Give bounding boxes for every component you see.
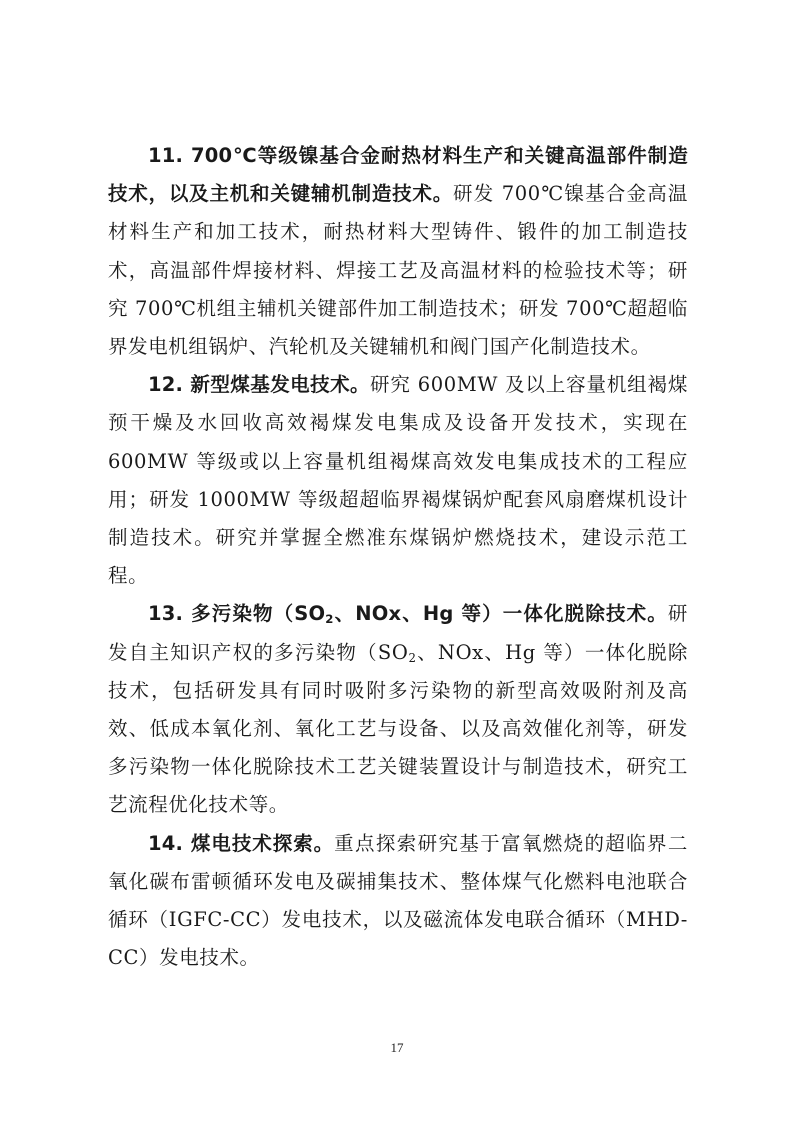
page-number: 17 <box>0 1040 794 1056</box>
section-12-heading: 12. 新型煤基发电技术。 <box>148 373 370 396</box>
heading-text: 13. 多污染物（SO <box>148 602 325 625</box>
body-text: 、NOx、Hg 等）一体化脱除技术，包括研发具有同时吸附多污染物的新型高效吸附剂… <box>108 641 688 817</box>
section-14-heading: 14. 煤电技术探索。 <box>148 832 334 855</box>
section-12: 12. 新型煤基发电技术。研究 600MW 及以上容量机组褐煤预干燥及水回收高效… <box>108 366 688 595</box>
heading-text: 、NOx、Hg 等）一体化脱除技术。 <box>334 602 668 625</box>
section-12-body: 研究 600MW 及以上容量机组褐煤预干燥及水回收高效褐煤发电集成及设备开发技术… <box>108 373 688 587</box>
section-13-body: 研发自主知识产权的多污染物（SO2、NOx、Hg 等）一体化脱除技术，包括研发具… <box>108 602 688 816</box>
section-13: 13. 多污染物（SO2、NOx、Hg 等）一体化脱除技术。研发自主知识产权的多… <box>108 595 688 824</box>
section-11: 11. 700℃等级镍基合金耐热材料生产和关键高温部件制造技术，以及主机和关键辅… <box>108 137 688 366</box>
section-14: 14. 煤电技术探索。重点探索研究基于富氧燃烧的超临界二氧化碳布雷顿循环发电及碳… <box>108 825 688 978</box>
subscript: 2 <box>325 612 333 626</box>
section-11-body: 研发 700℃镍基合金高温材料生产和加工技术，耐热材料大型铸件、锻件的加工制造技… <box>108 182 688 358</box>
document-page: 11. 700℃等级镍基合金耐热材料生产和关键高温部件制造技术，以及主机和关键辅… <box>108 137 688 977</box>
section-13-heading: 13. 多污染物（SO2、NOx、Hg 等）一体化脱除技术。 <box>148 602 668 625</box>
